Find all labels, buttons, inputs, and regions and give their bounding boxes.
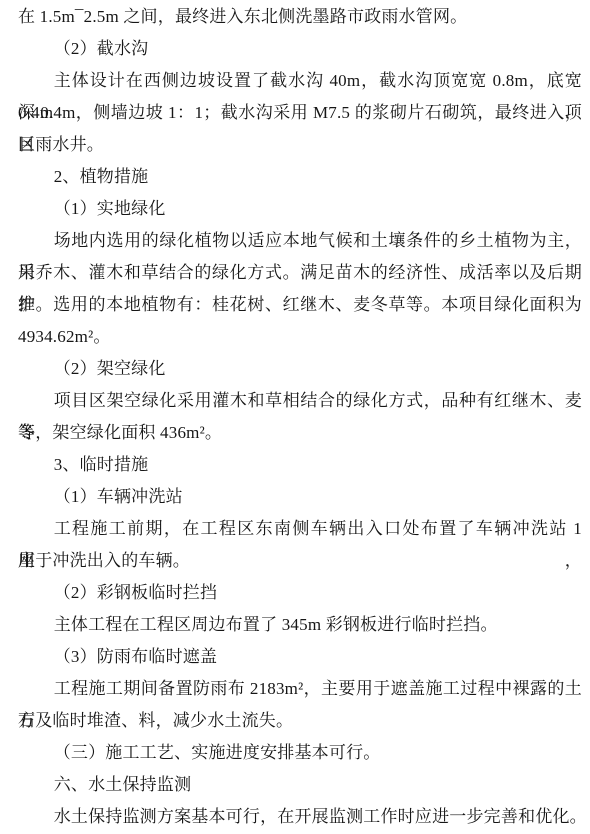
paragraph-line: 主体工程在工程区周边布置了 345m 彩钢板进行临时拦挡。 — [18, 609, 582, 641]
paragraph-line: 主体设计在西侧边坡设置了截水沟 40m，截水沟顶宽宽 0.8m，底宽 0.4m， — [18, 65, 582, 97]
subsection-heading: （1）实地绿化 — [18, 193, 582, 225]
paragraph-line: 等，架空绿化面积 436m²。 — [18, 417, 582, 449]
list-heading: 3、临时措施 — [18, 449, 582, 481]
paragraph-line: 场地内选用的绿化植物以适应本地气候和土壤条件的乡土植物为主，采 — [18, 225, 582, 257]
subsection-heading: （2）彩钢板临时拦挡 — [18, 577, 582, 609]
paragraph-line: 4934.62m²。 — [18, 321, 582, 353]
paragraph-line: 方及临时堆渣、料，减少水土流失。 — [18, 705, 582, 737]
subsection-heading: （1）车辆冲洗站 — [18, 481, 582, 513]
subsection-heading: （2）截水沟 — [18, 33, 582, 65]
document-page: 在 1.5m¯2.5m 之间，最终进入东北侧洗墨路市政雨水管网。 （2）截水沟 … — [0, 0, 590, 834]
paragraph-line: 工程施工期间备置防雨布 2183m²，主要用于遮盖施工过程中裸露的土石 — [18, 673, 582, 705]
paragraph-line: 水土保持监测方案基本可行，在开展监测工作时应进一步完善和优化。 — [18, 801, 582, 833]
paragraph-line: 在 1.5m¯2.5m 之间，最终进入东北侧洗墨路市政雨水管网。 — [18, 1, 582, 33]
paragraph-line: 区雨水井。 — [18, 129, 582, 161]
list-heading: 2、植物措施 — [18, 161, 582, 193]
section-heading: 六、水土保持监测 — [18, 769, 582, 801]
paragraph-line: 项目区架空绿化采用灌木和草相结合的绿化方式，品种有红继木、麦冬 — [18, 385, 582, 417]
subsection-heading: （3）防雨布临时遮盖 — [18, 641, 582, 673]
paragraph-line: 深 0.4m，侧墙边坡 1：1；截水沟采用 M7.5 的浆砌片石砌筑，最终进入项… — [18, 97, 582, 129]
paragraph-line: 用乔木、灌木和草结合的绿化方式。满足苗木的经济性、成活率以及后期维 — [18, 257, 582, 289]
conclusion-heading: （三）施工工艺、实施进度安排基本可行。 — [18, 737, 582, 769]
paragraph-line: 护。选用的本地植物有：桂花树、红继木、麦冬草等。本项目绿化面积为 — [18, 289, 582, 321]
paragraph-line: 工程施工前期，在工程区东南侧车辆出入口处布置了车辆冲洗站 1 座， — [18, 513, 582, 545]
subsection-heading: （2）架空绿化 — [18, 353, 582, 385]
